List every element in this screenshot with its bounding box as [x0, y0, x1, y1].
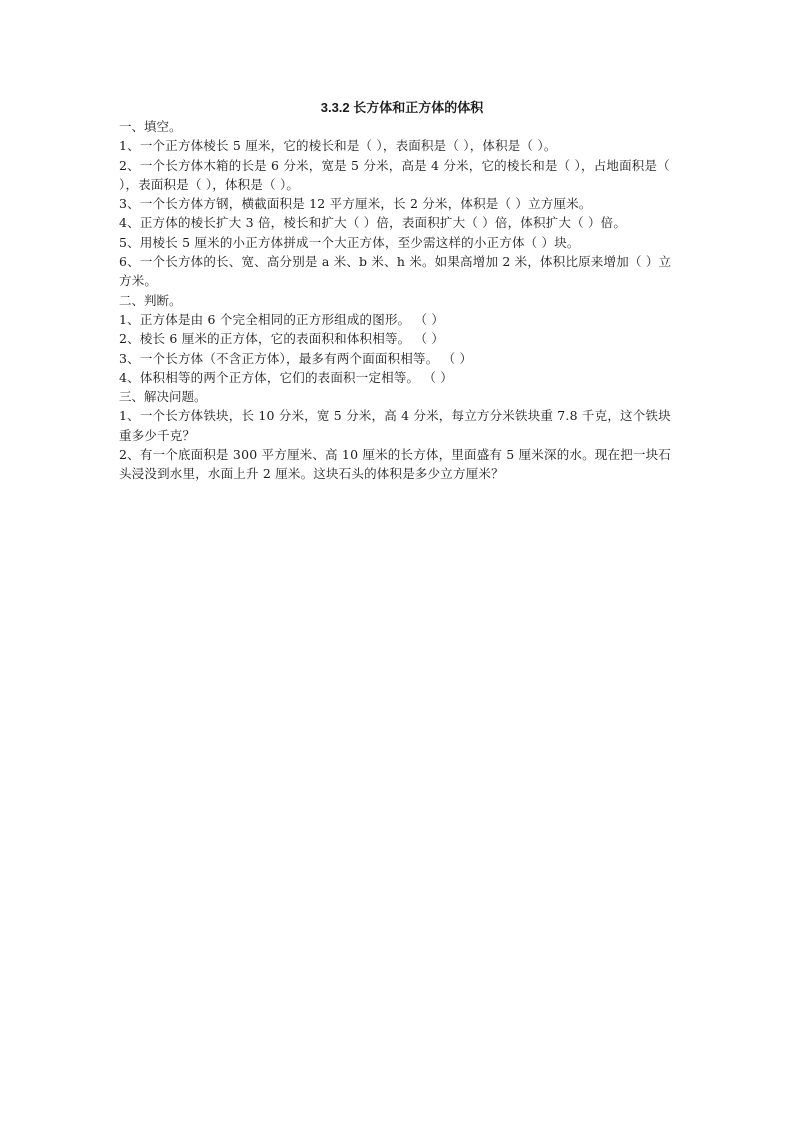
question-item: 1、一个正方体棱长 5 厘米，它的棱长和是（ ），表面积是（ ），体积是（ ）。 — [119, 136, 679, 155]
question-item: 1、正方体是由 6 个完全相同的正方形组成的图形。 （ ） — [119, 310, 679, 329]
section-heading: 一、填空。 — [119, 117, 679, 136]
section-true-false: 二、判断。 1、正方体是由 6 个完全相同的正方形组成的图形。 （ ） 2、棱长… — [119, 291, 679, 387]
document-title: 3.3.2 长方体和正方体的体积 — [119, 98, 679, 117]
question-item: 2、有一个底面积是 300 平方厘米、高 10 厘米的长方体，里面盛有 5 厘米… — [119, 445, 679, 484]
question-item: 1、一个长方体铁块，长 10 分米，宽 5 分米，高 4 分米，每立方分米铁块重… — [119, 406, 679, 445]
question-item: 2、棱长 6 厘米的正方体，它的表面积和体积相等。 （ ） — [119, 329, 679, 348]
section-heading: 二、判断。 — [119, 291, 679, 310]
section-fill-in-blank: 一、填空。 1、一个正方体棱长 5 厘米，它的棱长和是（ ），表面积是（ ），体… — [119, 117, 679, 291]
document-page: 3.3.2 长方体和正方体的体积 一、填空。 1、一个正方体棱长 5 厘米，它的… — [119, 98, 679, 484]
question-item: 4、体积相等的两个正方体，它们的表面积一定相等。 （ ） — [119, 368, 679, 387]
question-item: 3、一个长方体（不含正方体），最多有两个面面积相等。 （ ） — [119, 349, 679, 368]
section-heading: 三、解决问题。 — [119, 387, 679, 406]
question-item: 4、正方体的棱长扩大 3 倍，棱长和扩大（ ）倍，表面积扩大（ ）倍，体积扩大（… — [119, 213, 679, 232]
question-item: 5、用棱长 5 厘米的小正方体拼成一个大正方体，至少需这样的小正方体（ ）块。 — [119, 233, 679, 252]
question-item: 3、一个长方体方钢，横截面积是 12 平方厘米，长 2 分米，体积是（ ）立方厘… — [119, 194, 679, 213]
question-item: 2、一个长方体木箱的长是 6 分米，宽是 5 分米，高是 4 分米，它的棱长和是… — [119, 156, 679, 195]
section-word-problems: 三、解决问题。 1、一个长方体铁块，长 10 分米，宽 5 分米，高 4 分米，… — [119, 387, 679, 483]
question-item: 6、一个长方体的长、宽、高分别是 a 米、b 米、h 米。如果高增加 2 米，体… — [119, 252, 679, 291]
